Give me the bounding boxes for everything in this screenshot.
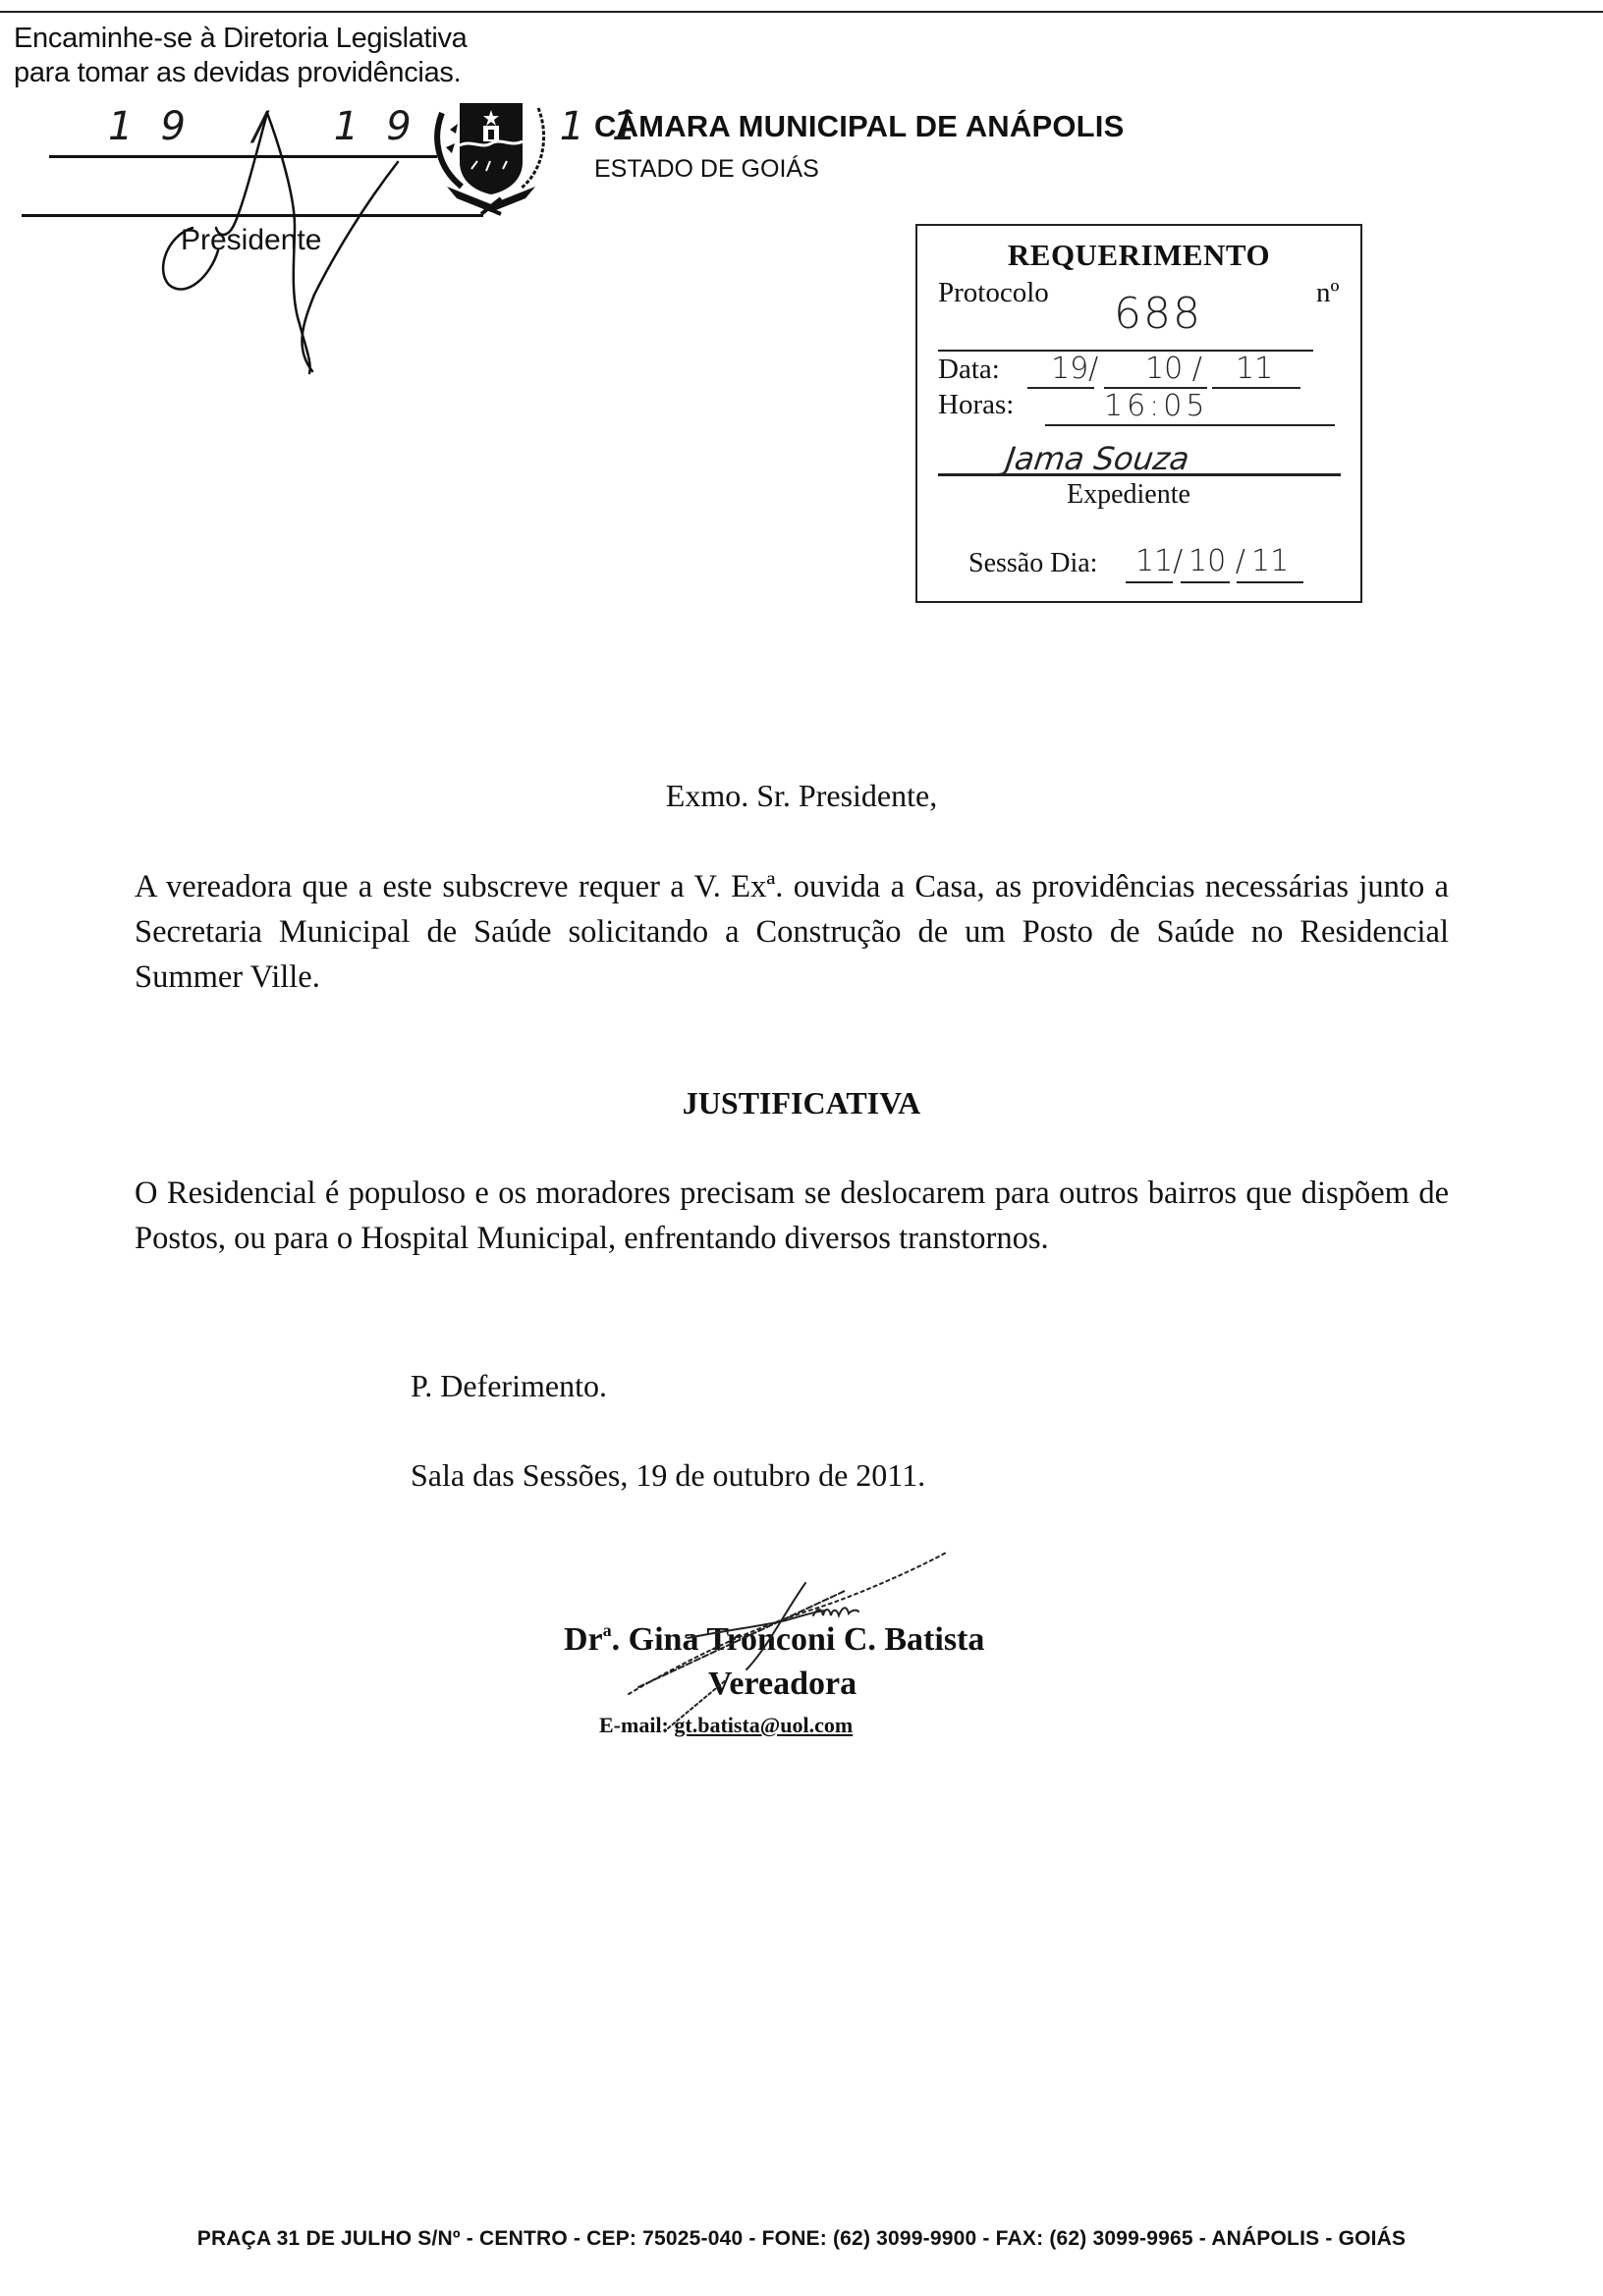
justification-paragraph: O Residencial é populoso e os moradores … bbox=[135, 1171, 1449, 1261]
justification-heading: JUSTIFICATIVA bbox=[0, 1085, 1603, 1121]
hours-line bbox=[1045, 424, 1335, 426]
closing-deferimento: P. Deferimento. bbox=[411, 1368, 607, 1404]
footer-address: PRAÇA 31 DE JULHO S/Nº - CENTRO - CEP: 7… bbox=[0, 2227, 1603, 2251]
organization-name: CÂMARA MUNICIPAL DE ANÁPOLIS bbox=[594, 109, 1125, 144]
signatory-email-row: E-mail: gt.batista@uol.com bbox=[599, 1713, 853, 1738]
signatory-title: Dr bbox=[564, 1621, 603, 1658]
session-day-label: Sessão Dia: bbox=[968, 548, 1097, 579]
date-year-line bbox=[1212, 387, 1300, 389]
dispatch-stamp-line-1: Encaminhe-se à Diretoria Legislativa bbox=[14, 22, 467, 55]
date-day-line bbox=[1027, 387, 1094, 389]
hours-value: 16:05 bbox=[1104, 389, 1208, 423]
date-year: 11 bbox=[1236, 352, 1273, 386]
date-month: 10 / bbox=[1145, 352, 1202, 386]
protocol-label: Protocolo bbox=[938, 277, 1049, 309]
dispatch-signature-line bbox=[22, 214, 483, 217]
dispatch-date-line bbox=[49, 155, 437, 158]
signatory-role: Vereadora bbox=[708, 1666, 857, 1703]
expediente-signature: Jama Souza bbox=[1003, 440, 1191, 477]
session-year-line bbox=[1237, 581, 1303, 583]
date-day: 19/ bbox=[1051, 352, 1098, 386]
session-month: 10 / bbox=[1188, 544, 1245, 578]
session-day: 11/ bbox=[1135, 544, 1183, 578]
signatory-full-name: . Gina Tronconi C. Batista bbox=[612, 1621, 985, 1658]
expediente-label: Expediente bbox=[1067, 479, 1190, 511]
president-label: Presidente bbox=[181, 224, 321, 257]
session-year: 11 bbox=[1251, 544, 1289, 578]
protocol-box: REQUERIMENTO Protocolo nº 688 Data: 19/ … bbox=[915, 224, 1362, 603]
email-label: E-mail: bbox=[599, 1713, 669, 1737]
salutation: Exmo. Sr. Presidente, bbox=[0, 778, 1603, 814]
signatory-title-sup: a bbox=[603, 1620, 612, 1640]
expediente-line bbox=[938, 473, 1341, 476]
dispatch-stamp-line-2: para tomar as devidas providências. bbox=[14, 56, 461, 89]
request-paragraph: A vereadora que a este subscreve requer … bbox=[135, 864, 1449, 1000]
place-and-date: Sala das Sessões, 19 de outubro de 2011. bbox=[411, 1457, 925, 1494]
email-link[interactable]: gt.batista@uol.com bbox=[674, 1713, 853, 1737]
number-label: nº bbox=[1316, 277, 1340, 309]
dispatch-handwritten-date: 19 / 19 / 11 bbox=[108, 104, 665, 149]
organization-state: ESTADO DE GOIÁS bbox=[594, 155, 819, 184]
protocol-box-title: REQUERIMENTO bbox=[917, 238, 1360, 273]
page-top-rule bbox=[0, 11, 1603, 13]
protocol-number: 688 bbox=[1114, 289, 1202, 339]
session-day-line bbox=[1126, 581, 1173, 583]
hours-label: Horas: bbox=[938, 389, 1014, 421]
municipal-crest-icon bbox=[432, 88, 550, 216]
signatory-name: Dra. Gina Tronconi C. Batista bbox=[564, 1620, 984, 1659]
date-label: Data: bbox=[938, 354, 1000, 386]
session-month-line bbox=[1181, 581, 1230, 583]
